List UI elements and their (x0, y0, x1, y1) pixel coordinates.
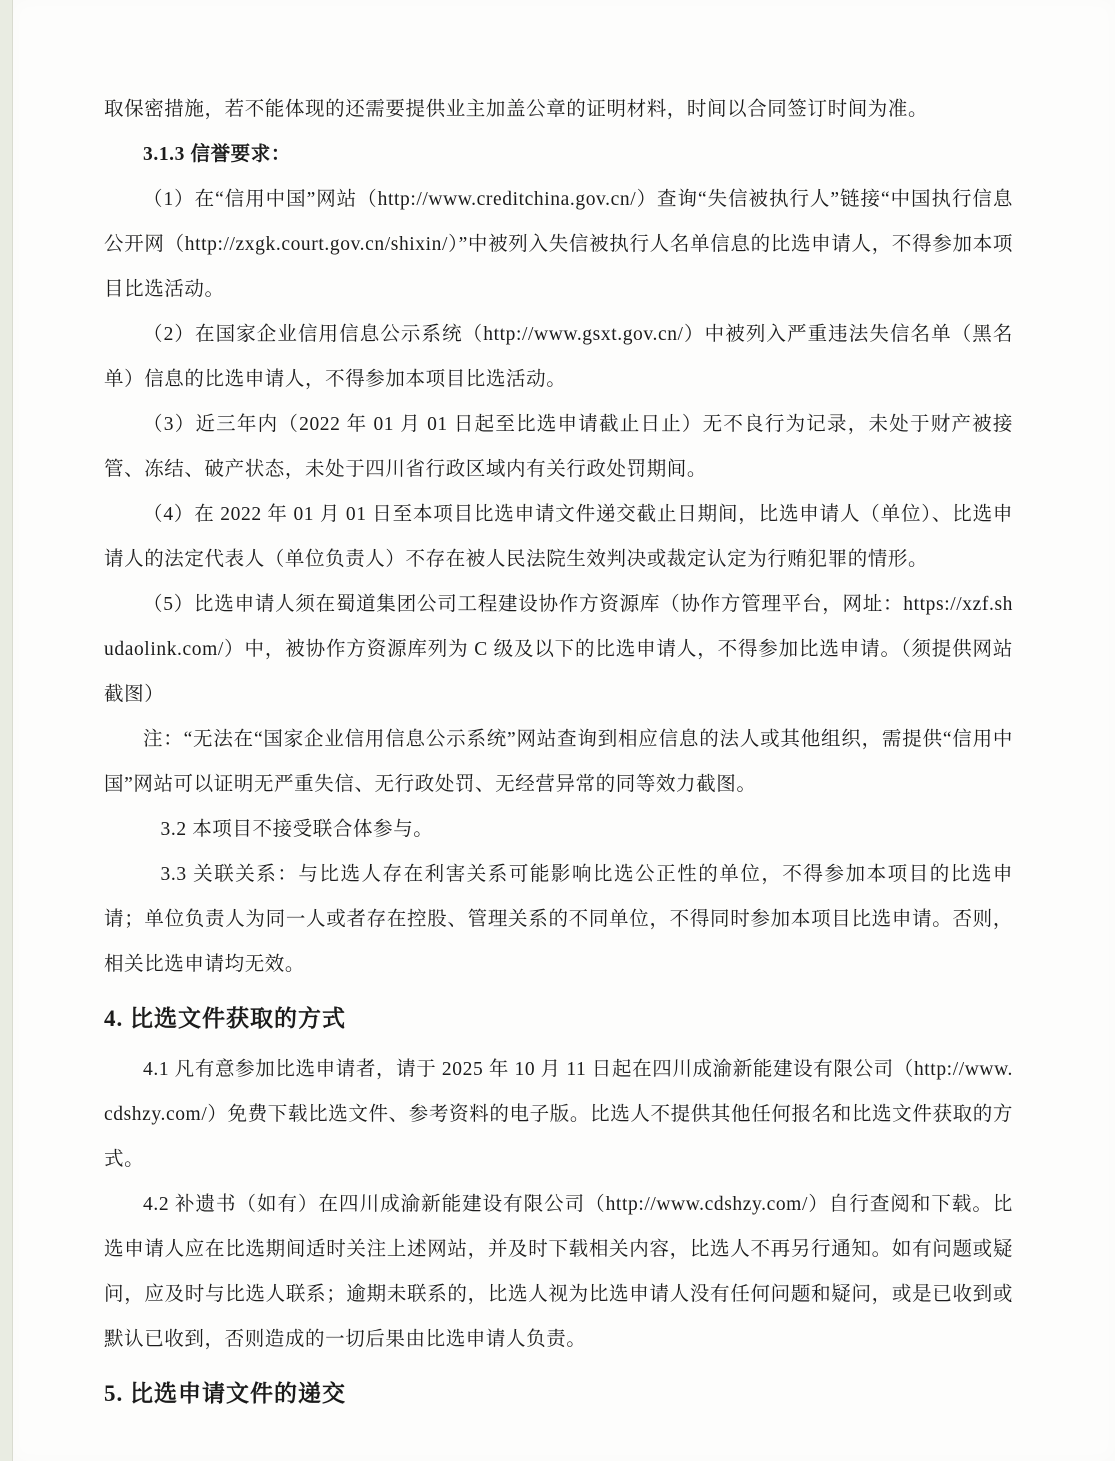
paragraph: （5）比选申请人须在蜀道集团公司工程建设协作方资源库（协作方管理平台，网址：ht… (104, 582, 1013, 717)
paragraph: （2）在国家企业信用信息公示系统（http://www.gsxt.gov.cn/… (104, 312, 1013, 402)
paragraph: 3.2 本项目不接受联合体参与。 (104, 807, 1013, 852)
paragraph: 3.3 关联关系：与比选人存在利害关系可能影响比选公正性的单位，不得参加本项目的… (104, 852, 1013, 987)
sub-section-heading: 3.1.3 信誉要求： (104, 132, 1013, 177)
paragraph: 4.2 补遗书（如有）在四川成渝新能建设有限公司（http://www.cdsh… (104, 1182, 1013, 1362)
section-heading: 5. 比选申请文件的递交 (104, 1371, 1013, 1417)
section-heading: 4. 比选文件获取的方式 (104, 996, 1013, 1042)
document-content: 取保密措施，若不能体现的还需要提供业主加盖公章的证明材料，时间以合同签订时间为准… (104, 87, 1013, 1422)
paragraph: 取保密措施，若不能体现的还需要提供业主加盖公章的证明材料，时间以合同签订时间为准… (104, 87, 1013, 132)
document-page: 取保密措施，若不能体现的还需要提供业主加盖公章的证明材料，时间以合同签订时间为准… (12, 0, 1115, 1461)
paragraph: 注：“无法在“国家企业信用信息公示系统”网站查询到相应信息的法人或其他组织，需提… (104, 717, 1013, 807)
paragraph: 4.1 凡有意参加比选申请者，请于 2025 年 10 月 11 日起在四川成渝… (104, 1047, 1013, 1182)
paragraph: （3）近三年内（2022 年 01 月 01 日起至比选申请截止日止）无不良行为… (104, 402, 1013, 492)
paragraph: （4）在 2022 年 01 月 01 日至本项目比选申请文件递交截止日期间，比… (104, 492, 1013, 582)
paragraph: （1）在“信用中国”网站（http://www.creditchina.gov.… (104, 177, 1013, 312)
